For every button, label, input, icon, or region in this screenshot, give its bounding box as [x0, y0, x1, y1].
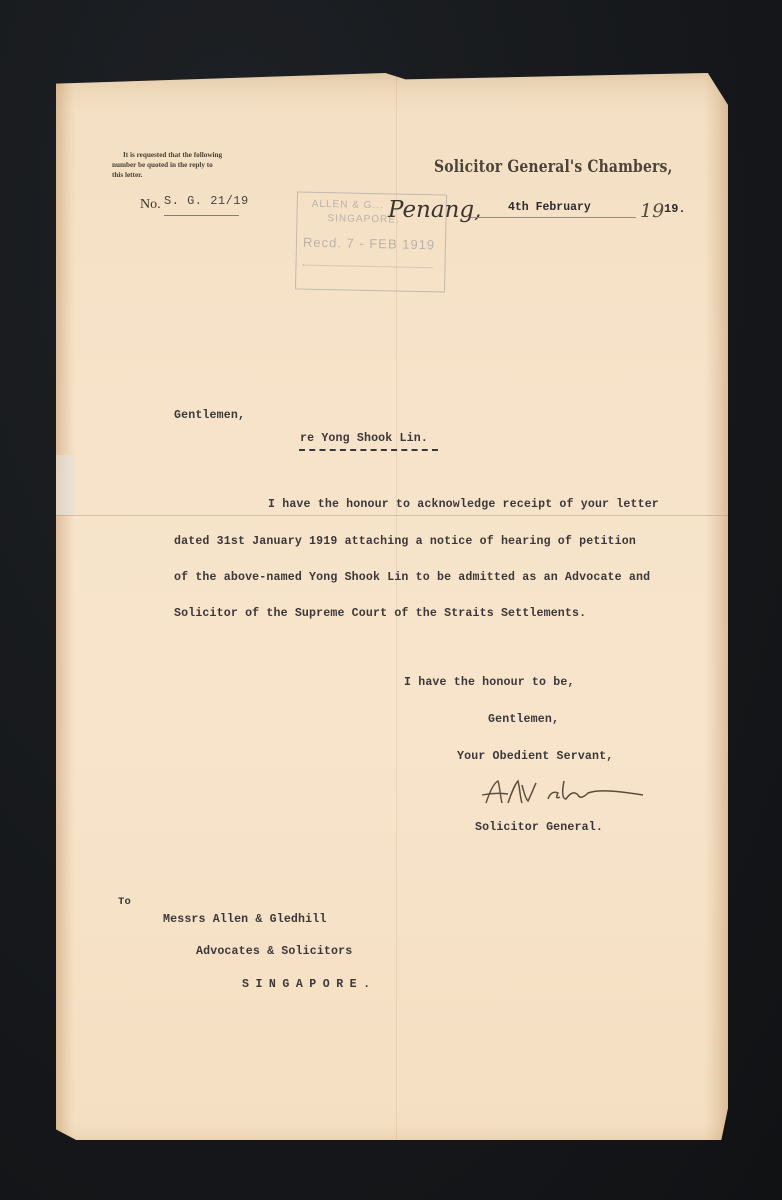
closing-line: Gentlemen, — [488, 713, 559, 726]
body-line: dated 31st January 1919 attaching a noti… — [174, 535, 636, 548]
place-name: Penang, — [388, 197, 481, 223]
date-underline — [471, 217, 636, 218]
addressee-label: To — [118, 896, 131, 908]
closing-line: Your Obedient Servant, — [457, 750, 613, 763]
reference-instruction-line: It is requested that the following — [112, 150, 254, 160]
closing-line: I have the honour to be, — [404, 676, 575, 689]
body-line: of the above-named Yong Shook Lin to be … — [174, 571, 650, 584]
reference-underline — [164, 215, 239, 216]
fold-crease — [56, 515, 728, 516]
signatory-title: Solicitor General. — [475, 821, 603, 834]
stamp-line: ALLEN & G... — [312, 199, 384, 212]
body-line: I have the honour to acknowledge receipt… — [268, 498, 659, 511]
salutation: Gentlemen, — [174, 409, 245, 422]
typed-year: 19. — [664, 202, 686, 216]
office-name: Solicitor General's Chambers, — [434, 157, 673, 177]
addressee-line: Advocates & Solicitors — [196, 945, 352, 958]
stamp-date: Recd. 7 - FEB 1919 — [303, 235, 435, 253]
reference-instruction-line: this letter. — [112, 170, 254, 180]
subject-line: re Yong Shook Lin. — [300, 432, 428, 445]
letter-date: 4th February — [508, 201, 591, 214]
reference-instruction: It is requested that the following numbe… — [112, 150, 254, 180]
reference-instruction-line: number be quoted in the reply to — [112, 160, 254, 170]
reference-label: No. — [140, 197, 161, 213]
printed-year: 19 — [640, 200, 664, 222]
letter-paper: It is requested that the following numbe… — [56, 73, 728, 1140]
stamp-dotted-line — [302, 265, 432, 269]
addressee-line: SINGAPORE. — [242, 978, 377, 991]
subject-underline — [299, 449, 438, 451]
body-line: Solicitor of the Supreme Court of the St… — [174, 607, 586, 620]
addressee-line: Messrs Allen & Gledhill — [163, 913, 326, 926]
handwritten-signature-icon — [478, 773, 658, 813]
reference-number: S. G. 21/19 — [164, 194, 249, 208]
